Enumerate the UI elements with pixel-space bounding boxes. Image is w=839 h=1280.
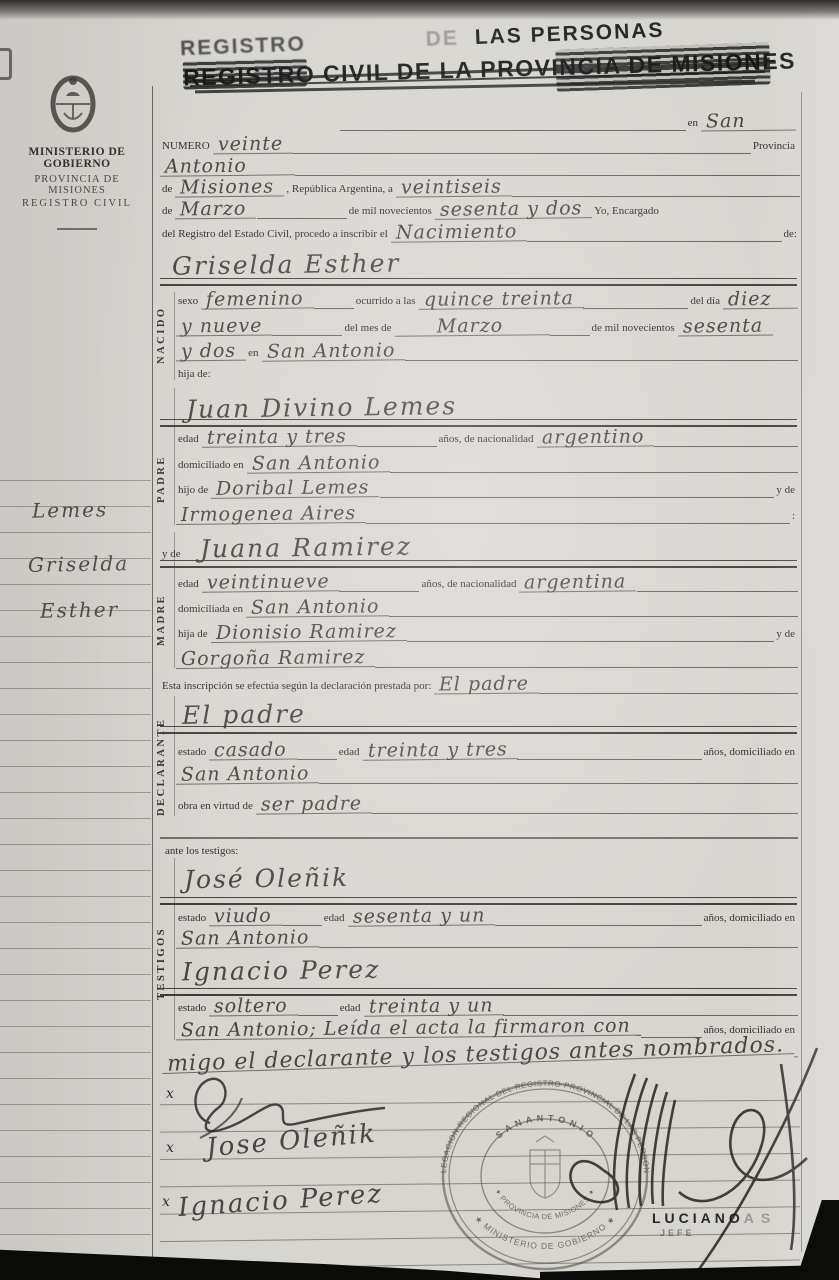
label-hija-de: hija de [176,628,211,642]
label-en: en [246,347,261,361]
registrar-name-faded: AS [744,1210,777,1226]
margin-line [0,1000,151,1001]
value-estado: casado [209,743,297,761]
row-abuela-paterna: Irmogenea Aires : [176,500,798,524]
value-testigo1-nombre: José Oleñik [184,863,350,894]
label-en: en [686,117,701,131]
margin-line [0,480,151,481]
margin-line [0,584,151,585]
signature-registrar [555,1040,839,1278]
label-colon: : [790,510,798,524]
value-nacionalidad: argentina [519,574,637,592]
rule-fill [372,812,798,814]
value-hora: quince treinta [418,291,583,310]
sidebar-office: REGISTRO CIVIL [8,198,146,209]
label-nacionalidad: años, de nacionalidad [419,578,519,592]
value-testigo2-nombre: Ignacio Perez [182,955,381,987]
margin-note-middlename: Esther [40,597,120,622]
section-label-madre: MADRE [156,594,167,646]
margin-line [0,1026,151,1027]
stamp-word-de: DE [425,27,459,51]
value-edad: treinta y tres [202,429,357,448]
rule-fill [339,590,419,592]
row-en-san: en San [340,107,796,131]
margin-line [0,1234,151,1235]
row-padre-edad: edad treinta y tres años, de nacionalida… [176,423,798,447]
scanned-birth-certificate: MINISTERIO DE GOBIERNO PROVINCIA DE MISI… [0,0,839,1280]
value-madre-nombre: Juana Ramirez [200,532,412,564]
section-label-padre: PADRE [156,455,167,503]
value-domicilio: San Antonio [247,455,391,474]
label-domiciliado: domiciliado en [176,459,247,473]
row-abuelo-materno: hija de Dionisio Ramirez y de [176,618,798,642]
rule-fill [380,496,775,498]
label-novecientos: de mil novecientos [590,322,678,336]
rule-fill [272,334,342,336]
margin-line [0,1156,151,1157]
label-de: de [160,205,175,219]
rule-fill [357,445,437,447]
row-mes: y nueve del mes de Marzo de mil novecien… [176,312,798,336]
sidebar-province: PROVINCIA DE MISIONES [8,174,146,196]
registrar-title-stamp: JEFE [660,1228,695,1238]
margin-line [0,688,151,689]
label-del-dia: del día [688,295,723,309]
row-lugar: y dos en San Antonio [176,337,798,361]
value-anio: sesenta [678,319,773,337]
value-edad: treinta y tres [362,742,517,761]
label-edad: edad [176,578,202,592]
label-novecientos: de mil novecientos [347,205,435,219]
margin-note-firstname: Griselda [28,551,130,577]
value-abuela: Irmogenea Aires [176,506,366,525]
label-domiciliado: años, domiciliado en [702,746,798,760]
value-declarante-nombre: El padre [182,699,306,730]
label-ocurrido: ocurrido a las [354,295,419,309]
label-de: de: [782,228,800,242]
label-edad: edad [176,433,202,447]
label-ante-testigos: ante los testigos: [163,845,241,859]
margin-line [0,532,151,533]
value-dia-cont: y nueve [176,318,273,336]
rule-fill [637,590,798,592]
label-nacionalidad: años, de nacionalidad [437,433,537,447]
margin-line [0,636,151,637]
value-edad: veintinueve [202,574,340,592]
row-testigo2-estado: estado soltero edad treinta y un [176,992,798,1016]
value-dia: diez [723,292,798,310]
stamp-word-personas: LAS PERSONAS [474,19,664,49]
rule-fill [366,522,790,524]
margin-line [0,792,151,793]
margin-line [0,818,151,819]
section-line-testigos [174,858,175,1040]
label-sexo: sexo [176,295,201,309]
signature-mark-3: x [162,1194,170,1210]
row-obra: obra en virtud de ser padre [176,790,798,814]
label-y-de: y de [774,628,798,642]
margin-line [0,662,151,663]
label-y-de: y de [774,484,798,498]
rule-fill [583,307,688,309]
margin-line [0,896,151,897]
value-nombre-inscripto: Griselda Esther [172,248,401,280]
value-abuelo: Dionisio Ramirez [211,624,407,643]
rule-fill [527,240,781,242]
margin-line [0,1208,151,1209]
row-padre-domicilio: domiciliado en San Antonio [176,449,798,473]
row-inscripcion: Esta inscripción se efectúa según la dec… [160,670,798,694]
margin-line [0,766,151,767]
label-del-mes: del mes de [342,322,394,336]
row-declarante-estado: estado casado edad treinta y tres años, … [176,736,798,760]
rule-fill [390,471,798,473]
value-nacionalidad: argentino [536,429,654,447]
label-registro-civil: del Registro del Estado Civil, procedo a… [160,228,391,242]
value-anio-cont: y dos [176,344,246,362]
rule-fill [319,782,798,784]
sidebar-ministry: MINISTERIO DE GOBIERNO [8,146,146,170]
row-declarante-domicilio: San Antonio [176,760,798,784]
rule-fill [407,640,775,642]
value-obra: ser padre [256,796,372,814]
rule-fill [550,334,590,336]
section-line-nacido [174,292,175,380]
margin-line [0,844,151,845]
rule-fill [375,666,798,668]
row-testigo1-estado: estado viudo edad sesenta y un años, dom… [176,902,798,926]
margin-line [0,1078,151,1079]
label-inscripcion: Esta inscripción se efectúa según la dec… [160,680,434,694]
label-edad: edad [337,746,363,760]
form-left-border [152,86,153,1280]
margin-line [0,948,151,949]
row-provincia-fecha: de Misiones , República Argentina, a vei… [160,173,800,197]
stamp-word-registro: REGISTRO [180,32,306,60]
rule-fill [314,307,354,309]
row-sexo-hora: sexo femenino ocurrido a las quince trei… [176,285,798,309]
margin-line [0,974,151,975]
row-madre-domicilio: domiciliada en San Antonio [176,593,798,617]
value-sexo: femenino [201,291,314,309]
label-hijo-de: hijo de [176,484,211,498]
rule-fill [319,946,798,948]
signature-mark-1: x [166,1086,174,1102]
value-domicilio: San Antonio [246,599,390,618]
rule-fill [405,359,798,361]
signature-mark-2: x [166,1140,174,1156]
row-abuelo-paterno: hijo de Doribal Lemes y de [176,474,798,498]
value-acto: Nacimiento [391,224,527,242]
margin-line [0,1182,151,1183]
value-lugar: San Antonio [261,343,405,362]
margin-line [0,1052,151,1053]
value-abuela: Gorgoña Ramirez [176,650,376,669]
section-line-padre [174,388,175,525]
margin-line [0,870,151,871]
rule-fill [389,615,798,617]
value-mes: Marzo [394,318,549,337]
label-obra: obra en virtud de [176,800,256,814]
label-domiciliada: domiciliada en [176,603,246,617]
value-padre-nombre: Juan Divino Lemes [186,391,457,424]
margin-line [0,1130,151,1131]
row-inscribir: del Registro del Estado Civil, procedo a… [160,218,800,242]
margin-line [0,740,151,741]
row-mes-anio: de Marzo de mil novecientos sesenta y do… [160,195,800,219]
rule-fill [539,692,798,694]
section-divider [160,837,798,839]
row-testigo1-domicilio: San Antonio [176,924,798,948]
row-abuela-materna: Gorgoña Ramirez [176,644,798,668]
value-prestada-por: El padre [434,676,539,694]
value-domicilio: San Antonio [176,766,320,785]
rule-fill [654,445,798,447]
margin-line [0,1104,151,1105]
margin-line [0,714,151,715]
registrar-name: LUCIANO [652,1210,744,1226]
value-en: San [701,114,796,132]
label-y-de: y de [160,548,184,562]
value-mes: Marzo [175,202,257,220]
section-label-nacido: NACIDO [156,306,167,364]
edge-mark [0,48,12,80]
row-madre-edad: edad veintinueve años, de nacionalidad a… [176,568,798,592]
sidebar-underline [57,228,97,230]
registrar-name-stamp: LUCIANOAS [652,1210,777,1226]
label-encargado: Yo, Encargado [592,205,662,219]
margin-note-surname: Lemes [32,497,109,522]
value-abuelo: Doribal Lemes [211,480,379,499]
section-line-declarante [174,696,175,816]
margin-line [0,922,151,923]
photo-edge-top [0,0,839,20]
label-hija-de: hija de: [176,368,214,382]
coat-of-arms-icon [42,66,104,144]
row-numero: NUMERO veinte Provincia [160,130,798,154]
value-domicilio: San Antonio [176,930,320,949]
label-estado: estado [176,746,209,760]
